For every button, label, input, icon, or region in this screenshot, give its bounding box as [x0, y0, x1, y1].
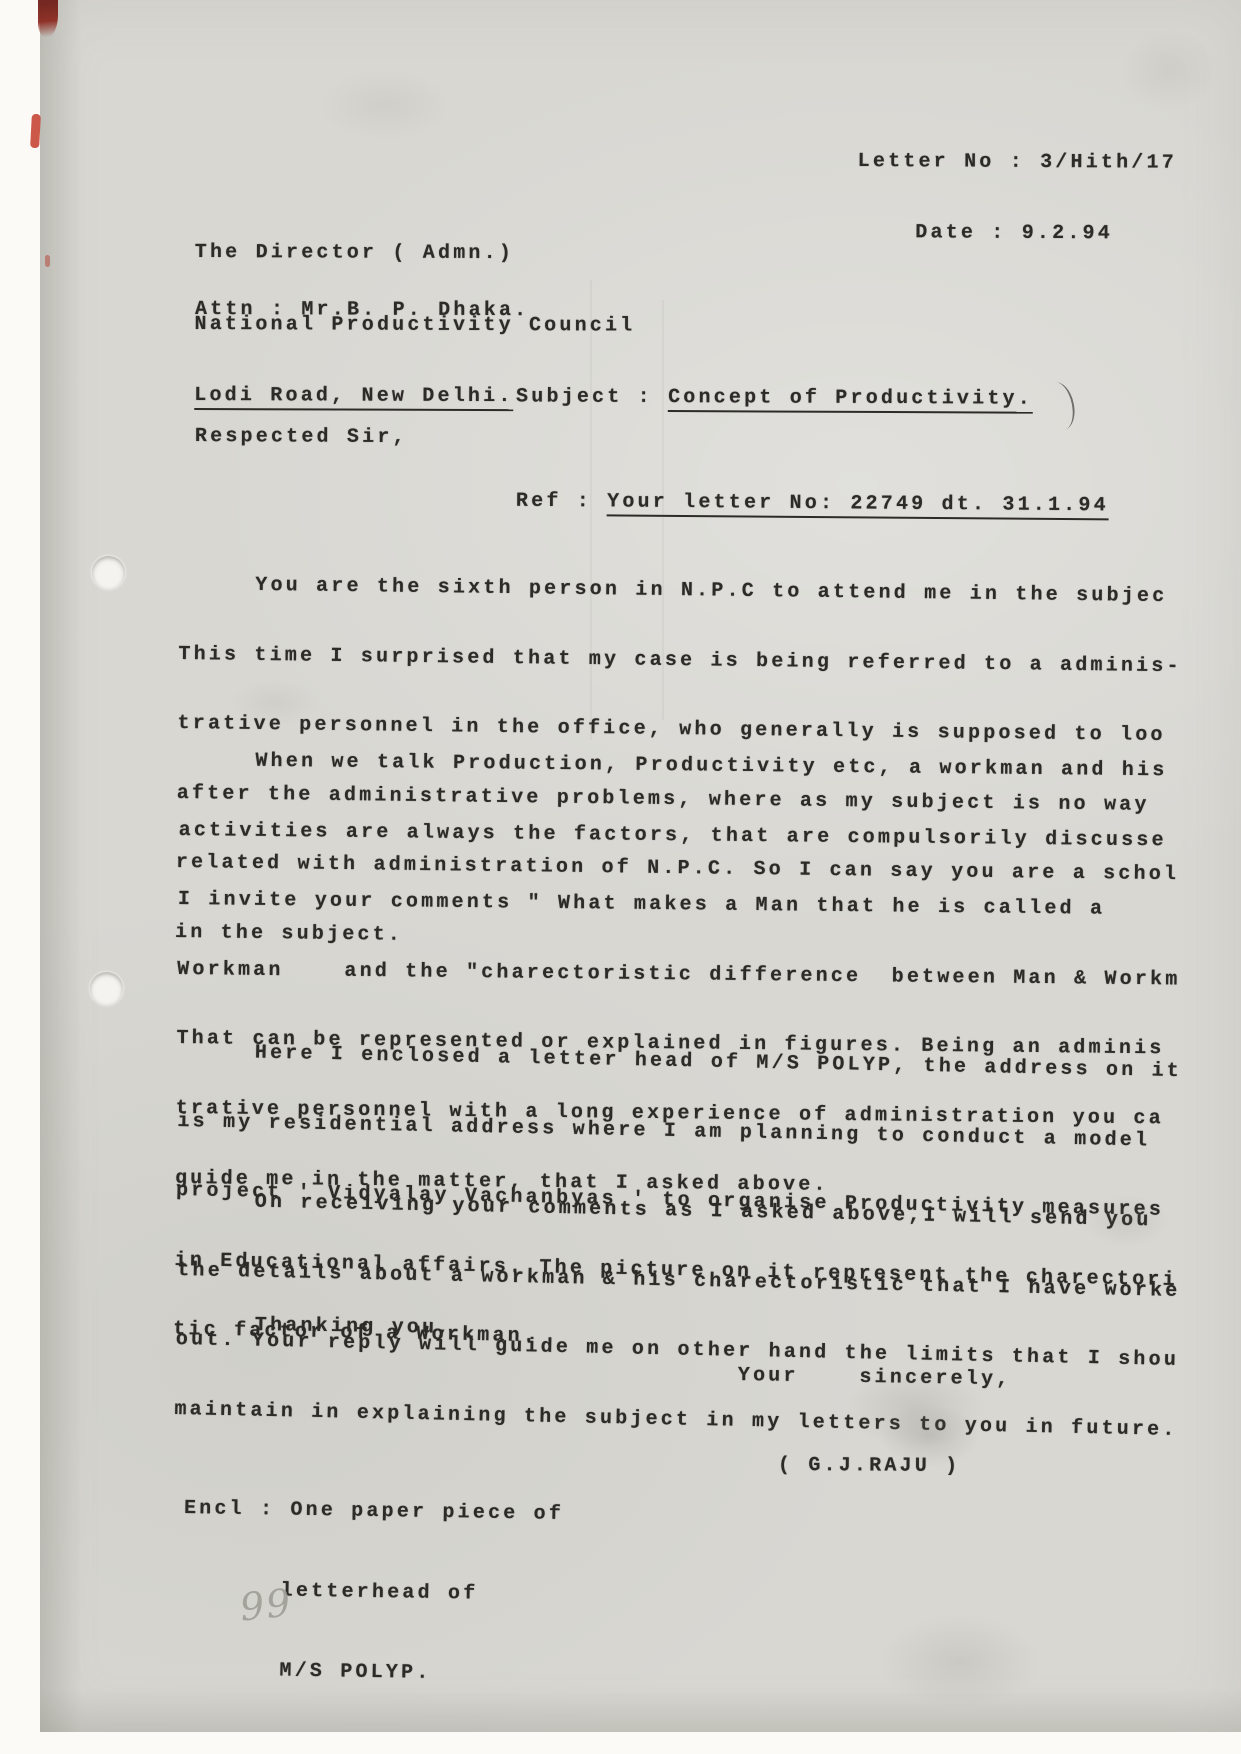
enclosure-line-3: M/S POLYP.: [181, 1653, 562, 1693]
punch-hole-top: [92, 556, 125, 589]
paragraph-line: On receiving your comments as I asked ab…: [179, 1189, 1183, 1234]
red-ink-dash-mark: [30, 114, 41, 148]
paper-sheet: Letter No : 3/Hith/17 Date : 9.2.94 The …: [40, 0, 1241, 1732]
ref-label: Ref :: [516, 490, 607, 514]
red-ink-speck: [45, 255, 50, 267]
scanned-letter-page: Letter No : 3/Hith/17 Date : 9.2.94 The …: [0, 0, 1241, 1754]
paper-fold-line: [590, 280, 592, 740]
paragraph-line: When we talk Production, Productivity et…: [179, 749, 1183, 783]
letter-date: Date : 9.2.94: [857, 220, 1176, 247]
punch-hole-bottom: [90, 972, 123, 1005]
paper-fold-line: [662, 300, 664, 720]
salutation: Respected Sir,: [195, 425, 408, 449]
signature-name: ( G.J.RAJU ): [778, 1454, 961, 1478]
recipient-line-1: The Director ( Admn.): [195, 240, 636, 267]
letter-no: Letter No : 3/Hith/17: [858, 149, 1177, 176]
paragraph-line: Here I enclosed a letter head of M/S POL…: [179, 1040, 1183, 1084]
paragraph-line: maintain in explaining the subject in my…: [174, 1398, 1178, 1443]
ref-line: Ref : Your letter No: 22749 dt. 31.1.94: [424, 466, 1109, 540]
paragraph-line: I invite your comments " What makes a Ma…: [178, 888, 1182, 922]
paragraph-line: You are the sixth person in N.P.C to att…: [179, 573, 1183, 609]
enclosure-line-1: Encl : One paper piece of: [184, 1492, 565, 1532]
subject-line: Subject : Concept of Productivity.: [425, 362, 1033, 434]
paragraph-line: This time I surprised that my case is be…: [178, 643, 1182, 679]
letter-header-block: Letter No : 3/Hith/17 Date : 9.2.94: [857, 103, 1177, 293]
handwritten-page-number: 99: [238, 1580, 295, 1629]
ref-value: Your letter No: 22749 dt. 31.1.94: [607, 490, 1109, 520]
subject-value: Concept of Productivity.: [668, 386, 1033, 414]
thanking-line: Thanking you,: [255, 1314, 453, 1340]
subject-label: Subject :: [516, 385, 668, 409]
paragraph-line: activities are always the factors, that …: [179, 819, 1183, 853]
paragraph-line: the details about a workman & his charec…: [177, 1259, 1181, 1304]
sincerely-line: Your sincerely,: [738, 1364, 1012, 1391]
attn-line: Attn : Mr.B. P. Dhaka.: [195, 298, 530, 322]
paragraph-line: Workman and the "charectoristic differen…: [177, 958, 1181, 992]
